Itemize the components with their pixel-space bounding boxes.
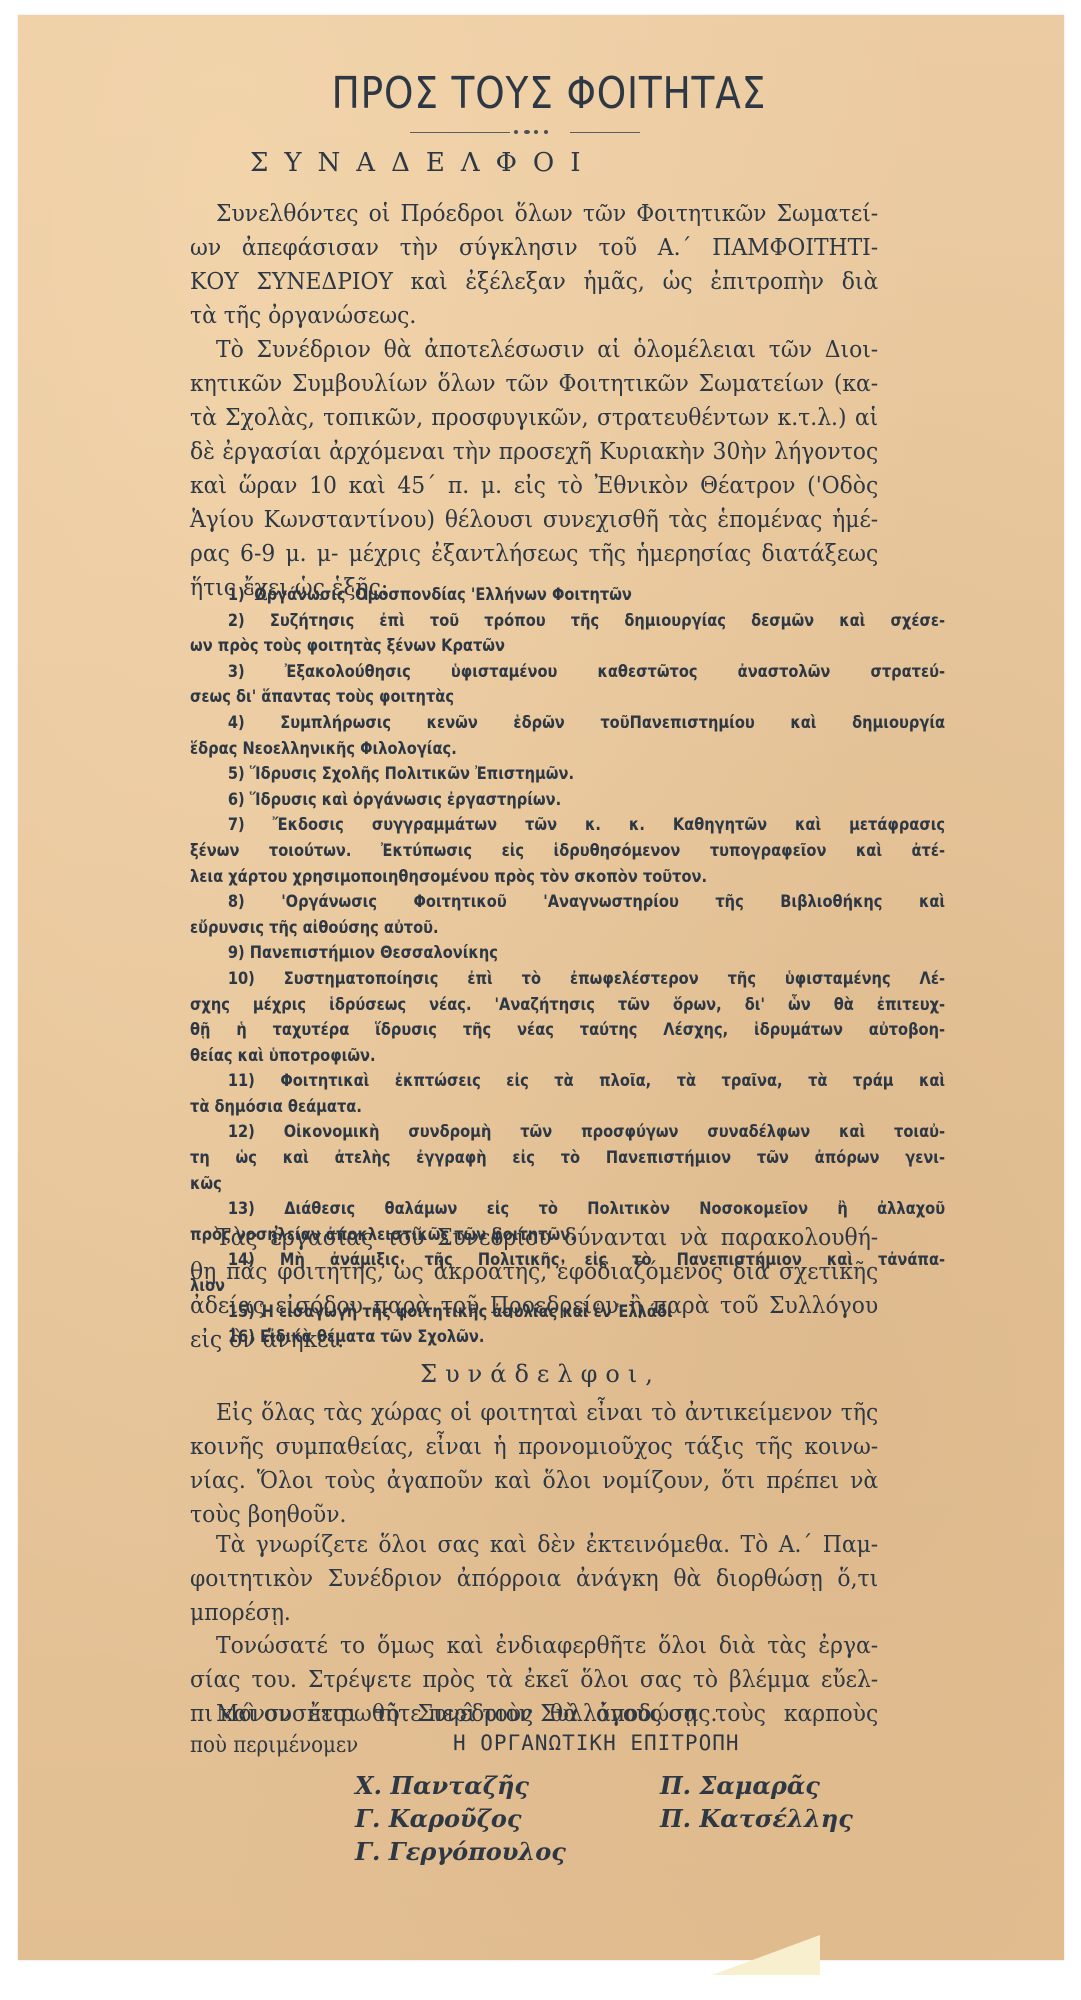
intro-paragraph-1: Συνελθόντες οἱ Πρόεδροι ὅλων τῶν Φοιτητι… [190, 196, 878, 332]
agenda-line: τὰ δημόσια θεάματα. [190, 1095, 945, 1121]
text-line: καὶ ὥραν 10 καὶ 45΄ π. μ. εἰς τὸ Ἐθνικὸν… [190, 468, 878, 502]
text-line: ΚΟΥ ΣΥΝΕΔΡΙΟΥ καὶ ἐξέλεξαν ἡμᾶς, ὡς ἐπιτ… [190, 264, 878, 298]
agenda-line: εὔρυνσις τῆς αἰθούσης αὐτοῦ. [190, 916, 945, 942]
text-line: κοινῆς συμπαθείας, εἶναι ἡ προνομιοῦχος … [190, 1429, 878, 1463]
text-line: Τονώσατέ το ὅμως καὶ ἐνδιαφερθῆτε ὅλοι δ… [190, 1628, 878, 1662]
agenda-line: 12) Οἰκονομικὴ συνδρομὴ τῶν προσφύγων συ… [190, 1120, 945, 1146]
agenda-line: 8) 'Οργάνωσις Φοιτητικοῦ 'Αναγνωστηρίου … [190, 890, 945, 916]
text-line: ων ἀπεφάσισαν τὴν σύγκλησιν τοῦ Α.΄ ΠΑΜΦ… [190, 230, 878, 264]
text-line: εἰς ὃν ἀνήκει. [190, 1322, 878, 1356]
signatory-samaras: Π. Σαμαρᾶς [660, 1771, 820, 1800]
signatory-gergopoulos: Γ. Γεργόπουλος [355, 1837, 566, 1866]
salutation-heading: ΣΥΝΑΔΕΛΦΟΙ [250, 148, 597, 178]
agenda-line: 13) Διάθεσις θαλάμων εἰς τὸ Πολιτικὸν Νο… [190, 1197, 945, 1223]
text-line: μπορέσῃ. [190, 1595, 878, 1629]
committee-heading: Η ΟΡΓΑΝΩΤΙΚΗ ΕΠΙΤΡΟΠΗ [453, 1731, 740, 1755]
agenda-line: 10) Συστηματοποίησις ἐπὶ τὸ ἐπωφελέστερο… [190, 967, 945, 993]
text-line: ρας 6-9 μ. μ- μέχρις ἐξαντλήσεως τῆς ἡμε… [190, 536, 878, 570]
closing-paragraph-4: Μόνον ἔτσι τὸ Συνέδριον θὰ ἀποδώσῃ τοὺς … [190, 1696, 878, 1730]
text-line: τὰ τῆς ὀργανώσεως. [190, 298, 878, 332]
agenda-line: ων πρὸς τοὺς φοιτητὰς ξένων Κρατῶν [190, 634, 945, 660]
text-line: σίας του. Στρέψετε πρὸς τὰ ἐκεῖ ὅλοι σας… [190, 1662, 878, 1696]
signatory-katsellis: Π. Κατσέλλης [660, 1804, 853, 1833]
text-line: Τὰς ἐργασίας τοῦ Συνεδρίου δύνανται νὰ π… [190, 1220, 878, 1254]
agenda-line: σεως δι' ἅπαντας τοὺς φοιτητὰς [190, 685, 945, 711]
agenda-line: 3) Ἐξακολούθησις ὑφισταμένου καθεστῶτος … [190, 660, 945, 686]
agenda-line: 2) Συζήτησις ἐπὶ τοῦ τρόπου τῆς δημιουργ… [190, 609, 945, 635]
text-line: Εἰς ὅλας τὰς χώρας οἱ φοιτηταὶ εἶναι τὸ … [190, 1395, 878, 1429]
agenda-line: 5) Ἵδρυσις Σχολῆς Πολιτικῶν Ἐπιστημῶν. [190, 762, 945, 788]
agenda-line: 1) 'Οργάνωσις 'Ομοσπονδίας 'Ελλήνων Φοιτ… [190, 583, 945, 609]
agenda-line: ξένων τοιούτων. Ἐκτύπωσις εἰς ἱδρυθησόμε… [190, 839, 945, 865]
text-line: Συνελθόντες οἱ Πρόεδροι ὅλων τῶν Φοιτητι… [190, 196, 878, 230]
text-line: τοὺς βοηθοῦν. [190, 1497, 878, 1531]
intro-paragraph-2: Τὸ Συνέδριον θὰ ἀποτελέσωσιν αἱ ὁλομέλει… [190, 332, 878, 604]
signatory-karouzos: Γ. Καροῦζος [355, 1804, 522, 1833]
agenda-line: ἕδρας Νεοελληνικῆς Φιλολογίας. [190, 737, 945, 763]
signatory-pantazis: Χ. Πανταζῆς [355, 1771, 529, 1800]
text-line: δὲ ἐργασίαι ἀρχόμεναι τὴν προσεχῆ Κυριακ… [190, 434, 878, 468]
text-line: Ἁγίου Κωνσταντίνου) θέλουσι συνεχισθῆ τὰ… [190, 502, 878, 536]
attendance-paragraph: Τὰς ἐργασίας τοῦ Συνεδρίου δύνανται νὰ π… [190, 1220, 878, 1356]
second-salutation: Συνάδελφοι, [0, 1360, 1081, 1388]
title-ornament [410, 128, 650, 138]
page-title: ΠΡΟΣ ΤΟΥΣ ΦΟΙΤΗΤΑΣ [81, 68, 1000, 119]
agenda-line: 6) Ἵδρυσις καὶ ὀργάνωσις ἐργαστηρίων. [190, 788, 945, 814]
agenda-line: 7) Ἔκδοσις συγγραμμάτων τῶν κ. κ. Καθηγη… [190, 813, 945, 839]
agenda-line: λεια χάρτου χρησιμοποιηθησομένου πρὸς τὸ… [190, 865, 945, 891]
text-line: Τὸ Συνέδριον θὰ ἀποτελέσωσιν αἱ ὁλομέλει… [190, 332, 878, 366]
text-line: θῃ πᾶς φοιτητὴς, ὡς ἀκροατὴς, ἐφοδιαζόμε… [190, 1254, 878, 1288]
closing-trailing-text: ποὺ περιμένομεν [190, 1733, 358, 1758]
agenda-line: τη ὡς καὶ ἀτελὴς ἐγγραφὴ εἰς τὸ Πανεπιστ… [190, 1146, 945, 1172]
agenda-line: θῇ ἡ ταχυτέρα ἵδρυσις τῆς νέας ταύτης Λέ… [190, 1018, 945, 1044]
agenda-line: θείας καὶ ὑποτροφιῶν. [190, 1044, 945, 1070]
text-line: τὰ Σχολὰς, τοπικῶν, προσφυγικῶν, στρατευ… [190, 400, 878, 434]
text-line: Τὰ γνωρίζετε ὅλοι σας καὶ δὲν ἐκτεινόμεθ… [190, 1527, 878, 1561]
closing-paragraph-2: Τὰ γνωρίζετε ὅλοι σας καὶ δὲν ἐκτεινόμεθ… [190, 1527, 878, 1629]
text-line: Μόνον ἔτσι τὸ Συνέδριον θὰ ἀποδώσῃ τοὺς … [190, 1696, 878, 1730]
closing-paragraph-1: Εἰς ὅλας τὰς χώρας οἱ φοιτηταὶ εἶναι τὸ … [190, 1395, 878, 1531]
agenda-line: 11) Φοιτητικαὶ ἐκπτώσεις εἰς τὰ πλοῖα, τ… [190, 1069, 945, 1095]
agenda-line: 4) Συμπλήρωσις κενῶν ἑδρῶν τοῦΠανεπιστημ… [190, 711, 945, 737]
text-line: κητικῶν Συμβουλίων ὅλων τῶν Φοιτητικῶν Σ… [190, 366, 878, 400]
text-line: ἀδείας εἰσόδου παρὰ τοῦ Προεδρείου ἢ παρ… [190, 1288, 878, 1322]
agenda-line: κῶς [190, 1172, 945, 1198]
text-line: φοιτητικὸν Συνέδριον ἀπόρροια ἀνάγκη θὰ … [190, 1561, 878, 1595]
agenda-line: 9) Πανεπιστήμιον Θεσσαλονίκης [190, 941, 945, 967]
agenda-line: σχης μέχρις ἱδρύσεως νέας. 'Αναζήτησις τ… [190, 993, 945, 1019]
text-line: νίας. Ὅλοι τοὺς ἀγαποῦν καὶ ὅλοι νομίζου… [190, 1463, 878, 1497]
